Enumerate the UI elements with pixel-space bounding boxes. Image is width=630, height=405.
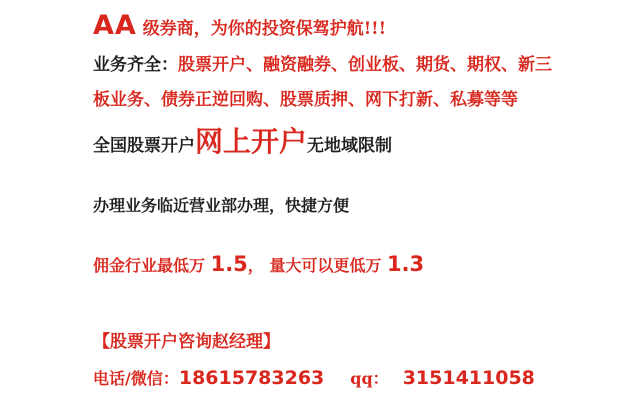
commission-line: 佣金行业最低万 1.5， 量大可以更低万 1.3 — [93, 252, 424, 276]
services-label: 业务齐全： — [93, 55, 178, 75]
headline-text: 级券商，为你的投资保驾护航!!! — [137, 19, 386, 39]
commission-part2: ， 量大可以更低万 — [248, 256, 387, 275]
online-highlight: 网上开户 — [195, 125, 307, 158]
qq-label: qq： — [350, 369, 388, 388]
commission-rate-lower: 1.3 — [387, 252, 424, 276]
ad-page: AA 级券商，为你的投资保驾护航!!! 业务齐全：股票开户、融资融券、创业板、期… — [0, 0, 630, 405]
online-before: 全国股票开户 — [93, 136, 195, 156]
contact-line: 电话/微信：18615783263qq：3151411058 — [93, 366, 535, 389]
broker-grade: AA — [93, 10, 137, 41]
phone-label: 电话/微信： — [93, 369, 179, 388]
online-after: 无地域限制 — [307, 136, 392, 156]
contact-title: 【股票开户咨询赵经理】 — [93, 327, 280, 352]
online-account-banner: 全国股票开户网上开户无地域限制 — [93, 120, 392, 160]
qq-number: 3151411058 — [403, 367, 535, 389]
headline: AA 级券商，为你的投资保驾护航!!! — [93, 10, 386, 41]
commission-rate-low: 1.5 — [211, 252, 248, 276]
services-list-line1: 股票开户、融资融券、创业板、期货、期权、新三 — [178, 55, 552, 75]
services-list-line2: 板业务、债券正逆回购、股票质押、网下打新、私募等等 — [93, 90, 518, 110]
commission-part1: 佣金行业最低万 — [93, 256, 211, 275]
convenience-note: 办理业务临近营业部办理，快捷方便 — [93, 193, 349, 216]
phone-number: 18615783263 — [179, 367, 324, 389]
services-paragraph: 业务齐全：股票开户、融资融券、创业板、期货、期权、新三 板业务、债券正逆回购、股… — [93, 48, 563, 118]
